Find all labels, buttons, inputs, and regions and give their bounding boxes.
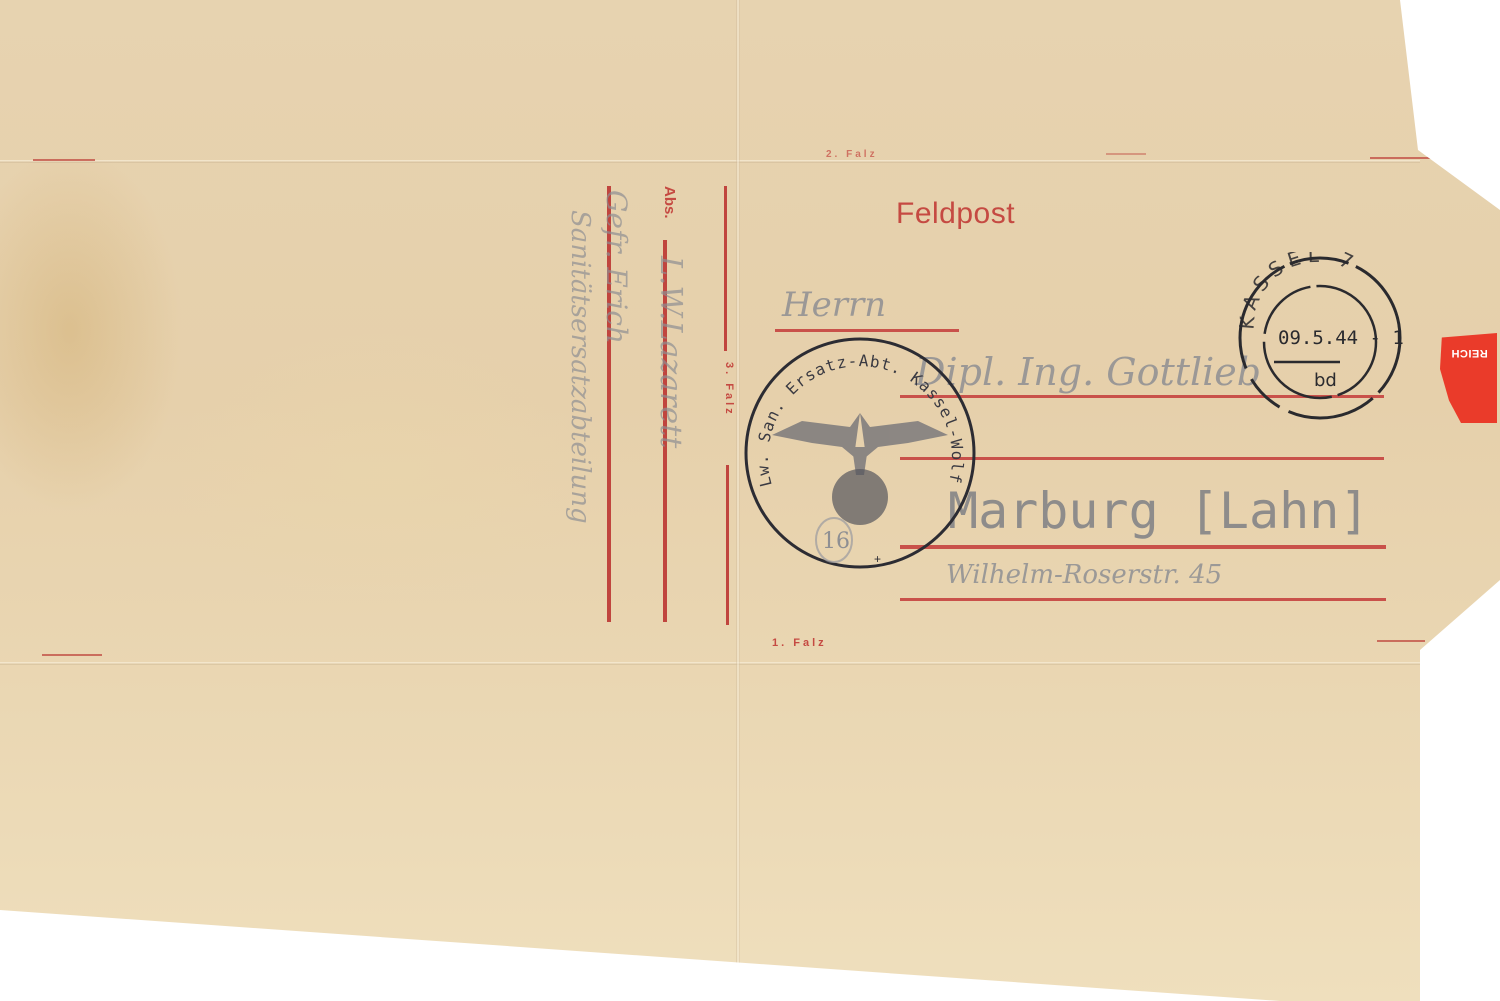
- recipient-city: Marburg [Lahn]: [948, 482, 1369, 540]
- fold-crease-bottom: [0, 662, 1420, 665]
- sender-line-2: Gefr. Erich: [600, 190, 633, 344]
- fold-tick: [42, 654, 102, 656]
- fold-label-2: 2. Falz: [826, 149, 878, 160]
- seal-number: 16: [822, 529, 850, 554]
- postmark-code: bd: [1314, 370, 1337, 391]
- postmark-date: 09.5.44 - 13: [1278, 327, 1404, 349]
- fold-label-1: 1. Falz: [772, 637, 827, 649]
- feldpost-sheet: 2. Falz 1. Falz Feldpost Abs. 3. Falz He…: [0, 0, 1500, 1001]
- seal-text: Lw. San. Ersatz-Abt. Kassel-Wolfsanger: [742, 335, 967, 489]
- fold-label-3: 3. Falz: [723, 362, 735, 417]
- fold-tick: [33, 159, 95, 161]
- svg-text:+: +: [874, 552, 881, 566]
- postage-stamp: REICH: [1437, 333, 1497, 423]
- eagle-icon: [772, 413, 948, 475]
- fold-tick: [1370, 157, 1432, 159]
- sender-line-3: Sanitätsersatzabteilung: [565, 210, 595, 524]
- sender-line-1: L.W.Lazarett: [653, 256, 688, 448]
- feldpost-title: Feldpost: [896, 197, 1015, 231]
- recipient-salutation: Herrn: [782, 285, 886, 325]
- unit-seal-stamp: Lw. San. Ersatz-Abt. Kassel-Wolfsanger 1…: [742, 335, 978, 571]
- svg-text:Lw. San. Ersatz-Abt. Kassel-Wo: Lw. San. Ersatz-Abt. Kassel-Wolfsanger: [742, 335, 967, 489]
- address-line-5: [900, 598, 1386, 601]
- recipient-street: Wilhelm-Roserstr. 45: [946, 560, 1222, 590]
- sender-label: Abs.: [661, 186, 678, 219]
- stamp-text: REICH: [1451, 347, 1488, 359]
- fold-tick: [1377, 640, 1425, 642]
- fold-tick: [1106, 153, 1146, 155]
- fold3-line-upper: [724, 186, 727, 351]
- postmark: KASSEL 7 09.5.44 - 13 bd: [1232, 252, 1404, 424]
- fold3-line-lower: [726, 465, 729, 625]
- fold-crease-center: [736, 0, 740, 1001]
- wreath-icon: [832, 469, 888, 525]
- address-line-1: [775, 329, 959, 332]
- fold-crease-top: [0, 160, 1420, 163]
